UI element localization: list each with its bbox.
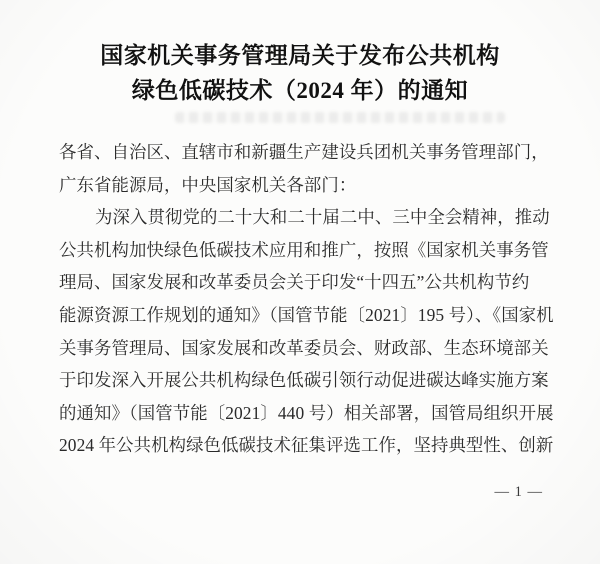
salutation-line: 广东省能源局，中央国家机关各部门： [59, 169, 555, 202]
document-body: 各省、自治区、直辖市和新疆生产建设兵团机关事务管理部门， 广东省能源局，中央国家… [59, 136, 555, 462]
paragraph-line: 于印发深入开展公共机构绿色低碳引领行动促进碳达峰实施方案 [59, 364, 555, 397]
paragraph-line: 为深入贯彻党的二十大和二十届二中、三中全会精神，推动 [59, 201, 555, 234]
paragraph-line: 2024 年公共机构绿色低碳技术征集评选工作，坚持典型性、创新 [59, 429, 555, 462]
paragraph-line: 关事务管理局、国家发展和改革委员会、财政部、生态环境部关 [59, 332, 555, 365]
scan-bleedthrough-artifact [175, 112, 505, 123]
paragraph-line: 公共机构加快绿色低碳技术应用和推广，按照《国家机关事务管 [59, 234, 555, 267]
document-title-line-2: 绿色低碳技术（2024 年）的通知 [0, 73, 600, 108]
document-title-line-1: 国家机关事务管理局关于发布公共机构 [0, 38, 600, 73]
document-page: 国家机关事务管理局关于发布公共机构 绿色低碳技术（2024 年）的通知 各省、自… [0, 0, 600, 564]
paragraph-line: 理局、国家发展和改革委员会关于印发“十四五”公共机构节约 [59, 266, 555, 299]
document-title: 国家机关事务管理局关于发布公共机构 绿色低碳技术（2024 年）的通知 [0, 38, 600, 108]
salutation-line: 各省、自治区、直辖市和新疆生产建设兵团机关事务管理部门， [59, 136, 555, 169]
page-number: — 1 — [495, 482, 544, 502]
paragraph-line: 的通知》（国管节能〔2021〕440 号）相关部署，国管局组织开展 [59, 397, 555, 430]
paragraph-line: 能源资源工作规划的通知》（国管节能〔2021〕195 号）、《国家机 [59, 299, 555, 332]
